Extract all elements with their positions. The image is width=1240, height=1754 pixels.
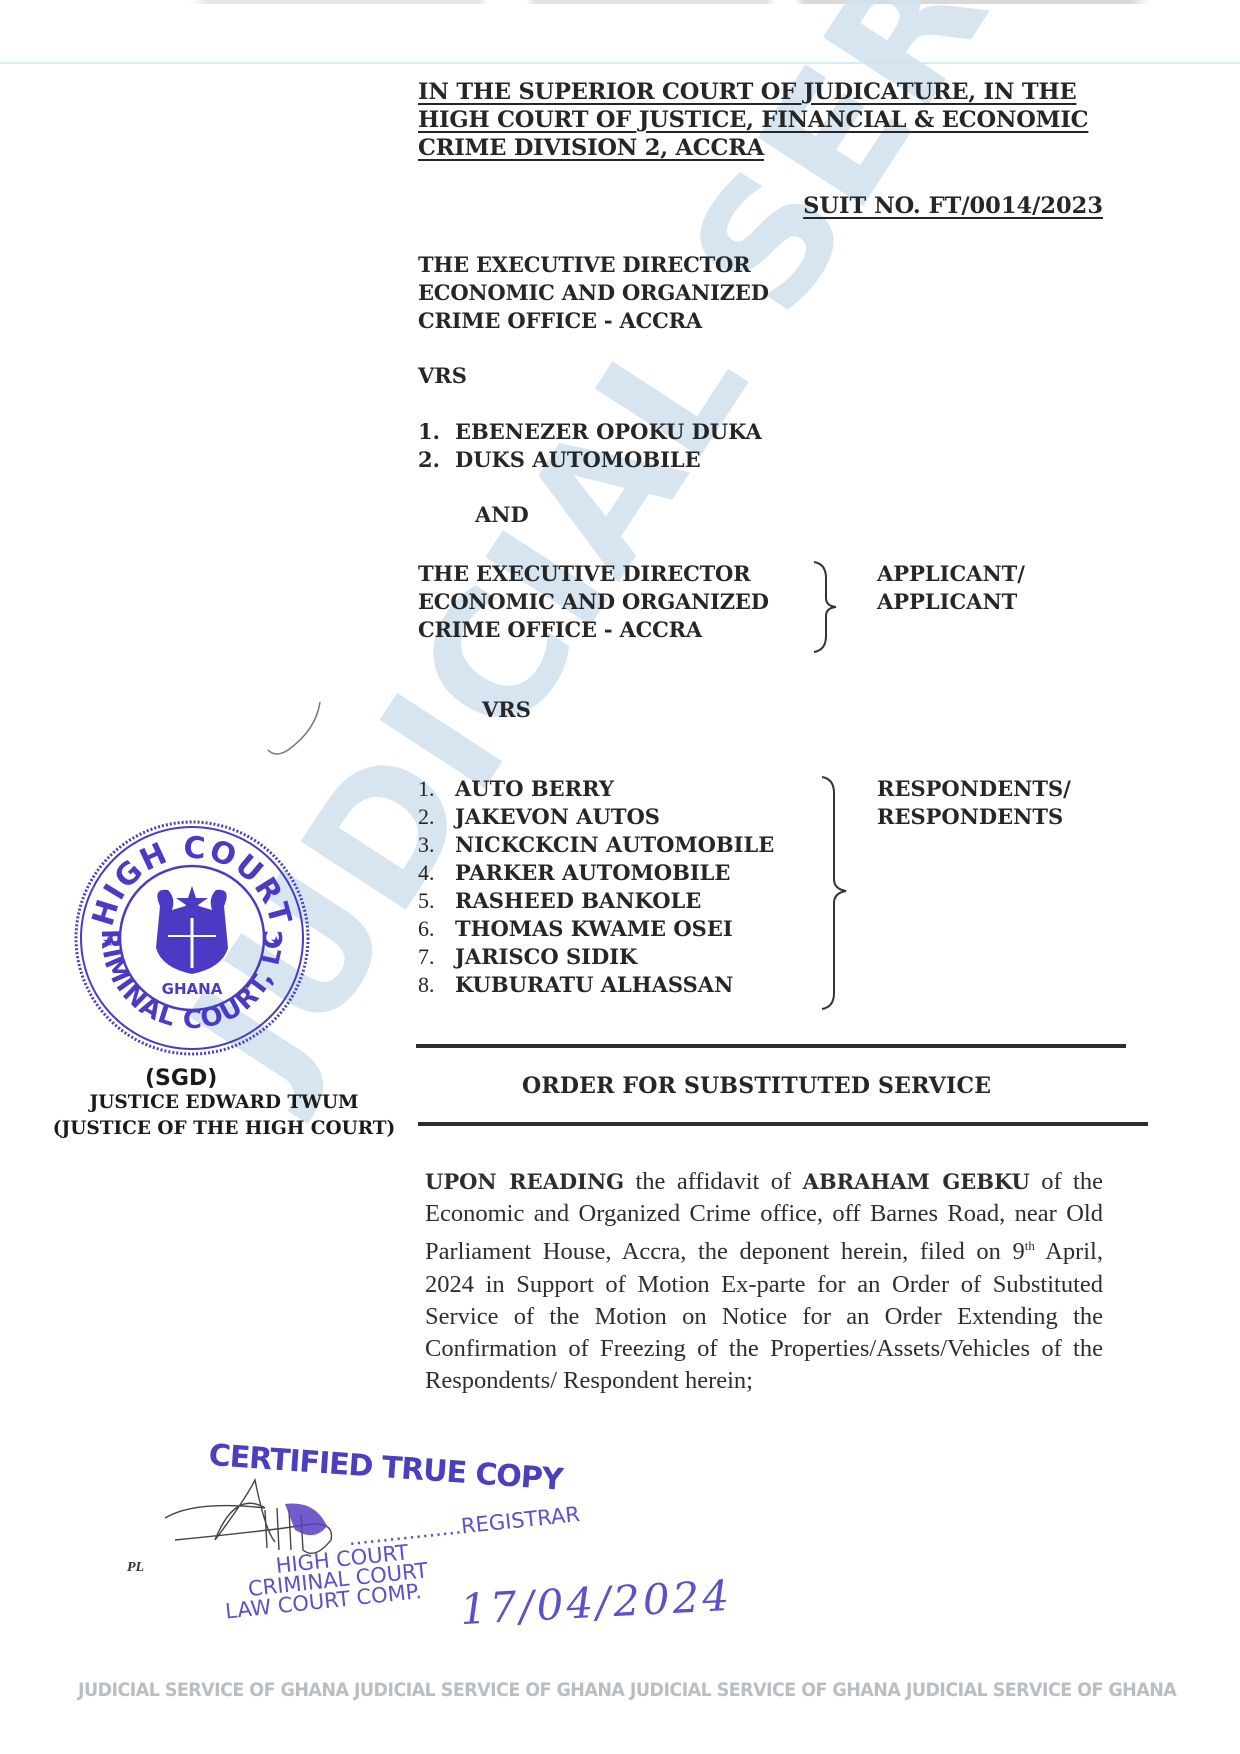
party-line: THE EXECUTIVE DIRECTOR [418, 251, 769, 279]
party-line: THE EXECUTIVE DIRECTOR [418, 560, 769, 588]
signed-label: (SGD) [145, 1066, 217, 1091]
scan-top-line [0, 62, 1240, 64]
suit-number: SUIT NO. FT/0014/2023 [803, 193, 1103, 219]
court-header-line: HIGH COURT OF JUSTICE, FINANCIAL & ECONO… [418, 106, 1108, 134]
applicant-party: THE EXECUTIVE DIRECTOR ECONOMIC AND ORGA… [418, 560, 769, 644]
and-label: AND [475, 502, 529, 527]
party-line: CRIME OFFICE - ACCRA [418, 307, 769, 335]
list-item: 2.DUKS AUTOMOBILE [418, 446, 762, 474]
party-line: ECONOMIC AND ORGANIZED [418, 279, 769, 307]
divider-bottom [418, 1122, 1148, 1126]
applicant-brace [812, 560, 842, 654]
initials: PL [127, 1560, 144, 1576]
divider-top [416, 1044, 1126, 1048]
certified-true-copy-stamp: CERTIFIED TRUE COPY .................REG… [200, 1430, 800, 1670]
order-body-paragraph: UPON READING the affidavit of ABRAHAM GE… [425, 1166, 1103, 1398]
list-item: 7.JARISCO SIDIK [418, 943, 774, 971]
vrs-label: VRS [418, 363, 467, 388]
svg-text:★: ★ [102, 934, 115, 950]
court-header: IN THE SUPERIOR COURT OF JUDICATURE, IN … [418, 78, 1108, 162]
judge-name: JUSTICE EDWARD TWUM [44, 1090, 404, 1116]
first-respondents-list: 1.EBENEZER OPOKU DUKA 2.DUKS AUTOMOBILE [418, 418, 762, 474]
vrs-label-2: VRS [482, 697, 531, 722]
judge-title: (JUSTICE OF THE HIGH COURT) [44, 1116, 404, 1142]
svg-text:★: ★ [270, 934, 283, 950]
list-item: 2.JAKEVON AUTOS [418, 803, 774, 831]
respondent-role: RESPONDENTS/ RESPONDENTS [877, 775, 1071, 831]
list-item: 3.NICKCKCIN AUTOMOBILE [418, 831, 774, 859]
svg-text:GHANA: GHANA [162, 980, 223, 998]
first-party: THE EXECUTIVE DIRECTOR ECONOMIC AND ORGA… [418, 251, 769, 335]
court-header-line: CRIME DIVISION 2, ACCRA [418, 134, 1108, 162]
list-item: 5.RASHEED BANKOLE [418, 887, 774, 915]
list-item: 8.KUBURATU ALHASSAN [418, 971, 774, 999]
pen-mark [258, 700, 328, 760]
footer-watermark: JUDICIAL SERVICE OF GHANA JUDICIAL SERVI… [78, 1679, 1090, 1701]
scan-edge-marks [190, 0, 1150, 4]
respondents-list: 1.AUTO BERRY 2.JAKEVON AUTOS 3.NICKCKCIN… [418, 775, 774, 999]
order-title: ORDER FOR SUBSTITUTED SERVICE [522, 1073, 991, 1099]
applicant-role: APPLICANT/ APPLICANT [877, 560, 1025, 616]
high-court-seal-icon: HIGH COURT CRIMINAL COURT, LCC ★ ★ GHANA [72, 818, 312, 1058]
party-line: ECONOMIC AND ORGANIZED [418, 588, 769, 616]
party-line: CRIME OFFICE - ACCRA [418, 616, 769, 644]
court-header-line: IN THE SUPERIOR COURT OF JUDICATURE, IN … [418, 78, 1108, 106]
list-item: 1.AUTO BERRY [418, 775, 774, 803]
judge-signature-block: JUSTICE EDWARD TWUM (JUSTICE OF THE HIGH… [44, 1090, 404, 1142]
respondents-brace [820, 775, 854, 1011]
list-item: 6.THOMAS KWAME OSEI [418, 915, 774, 943]
list-item: 4.PARKER AUTOMOBILE [418, 859, 774, 887]
list-item: 1.EBENEZER OPOKU DUKA [418, 418, 762, 446]
